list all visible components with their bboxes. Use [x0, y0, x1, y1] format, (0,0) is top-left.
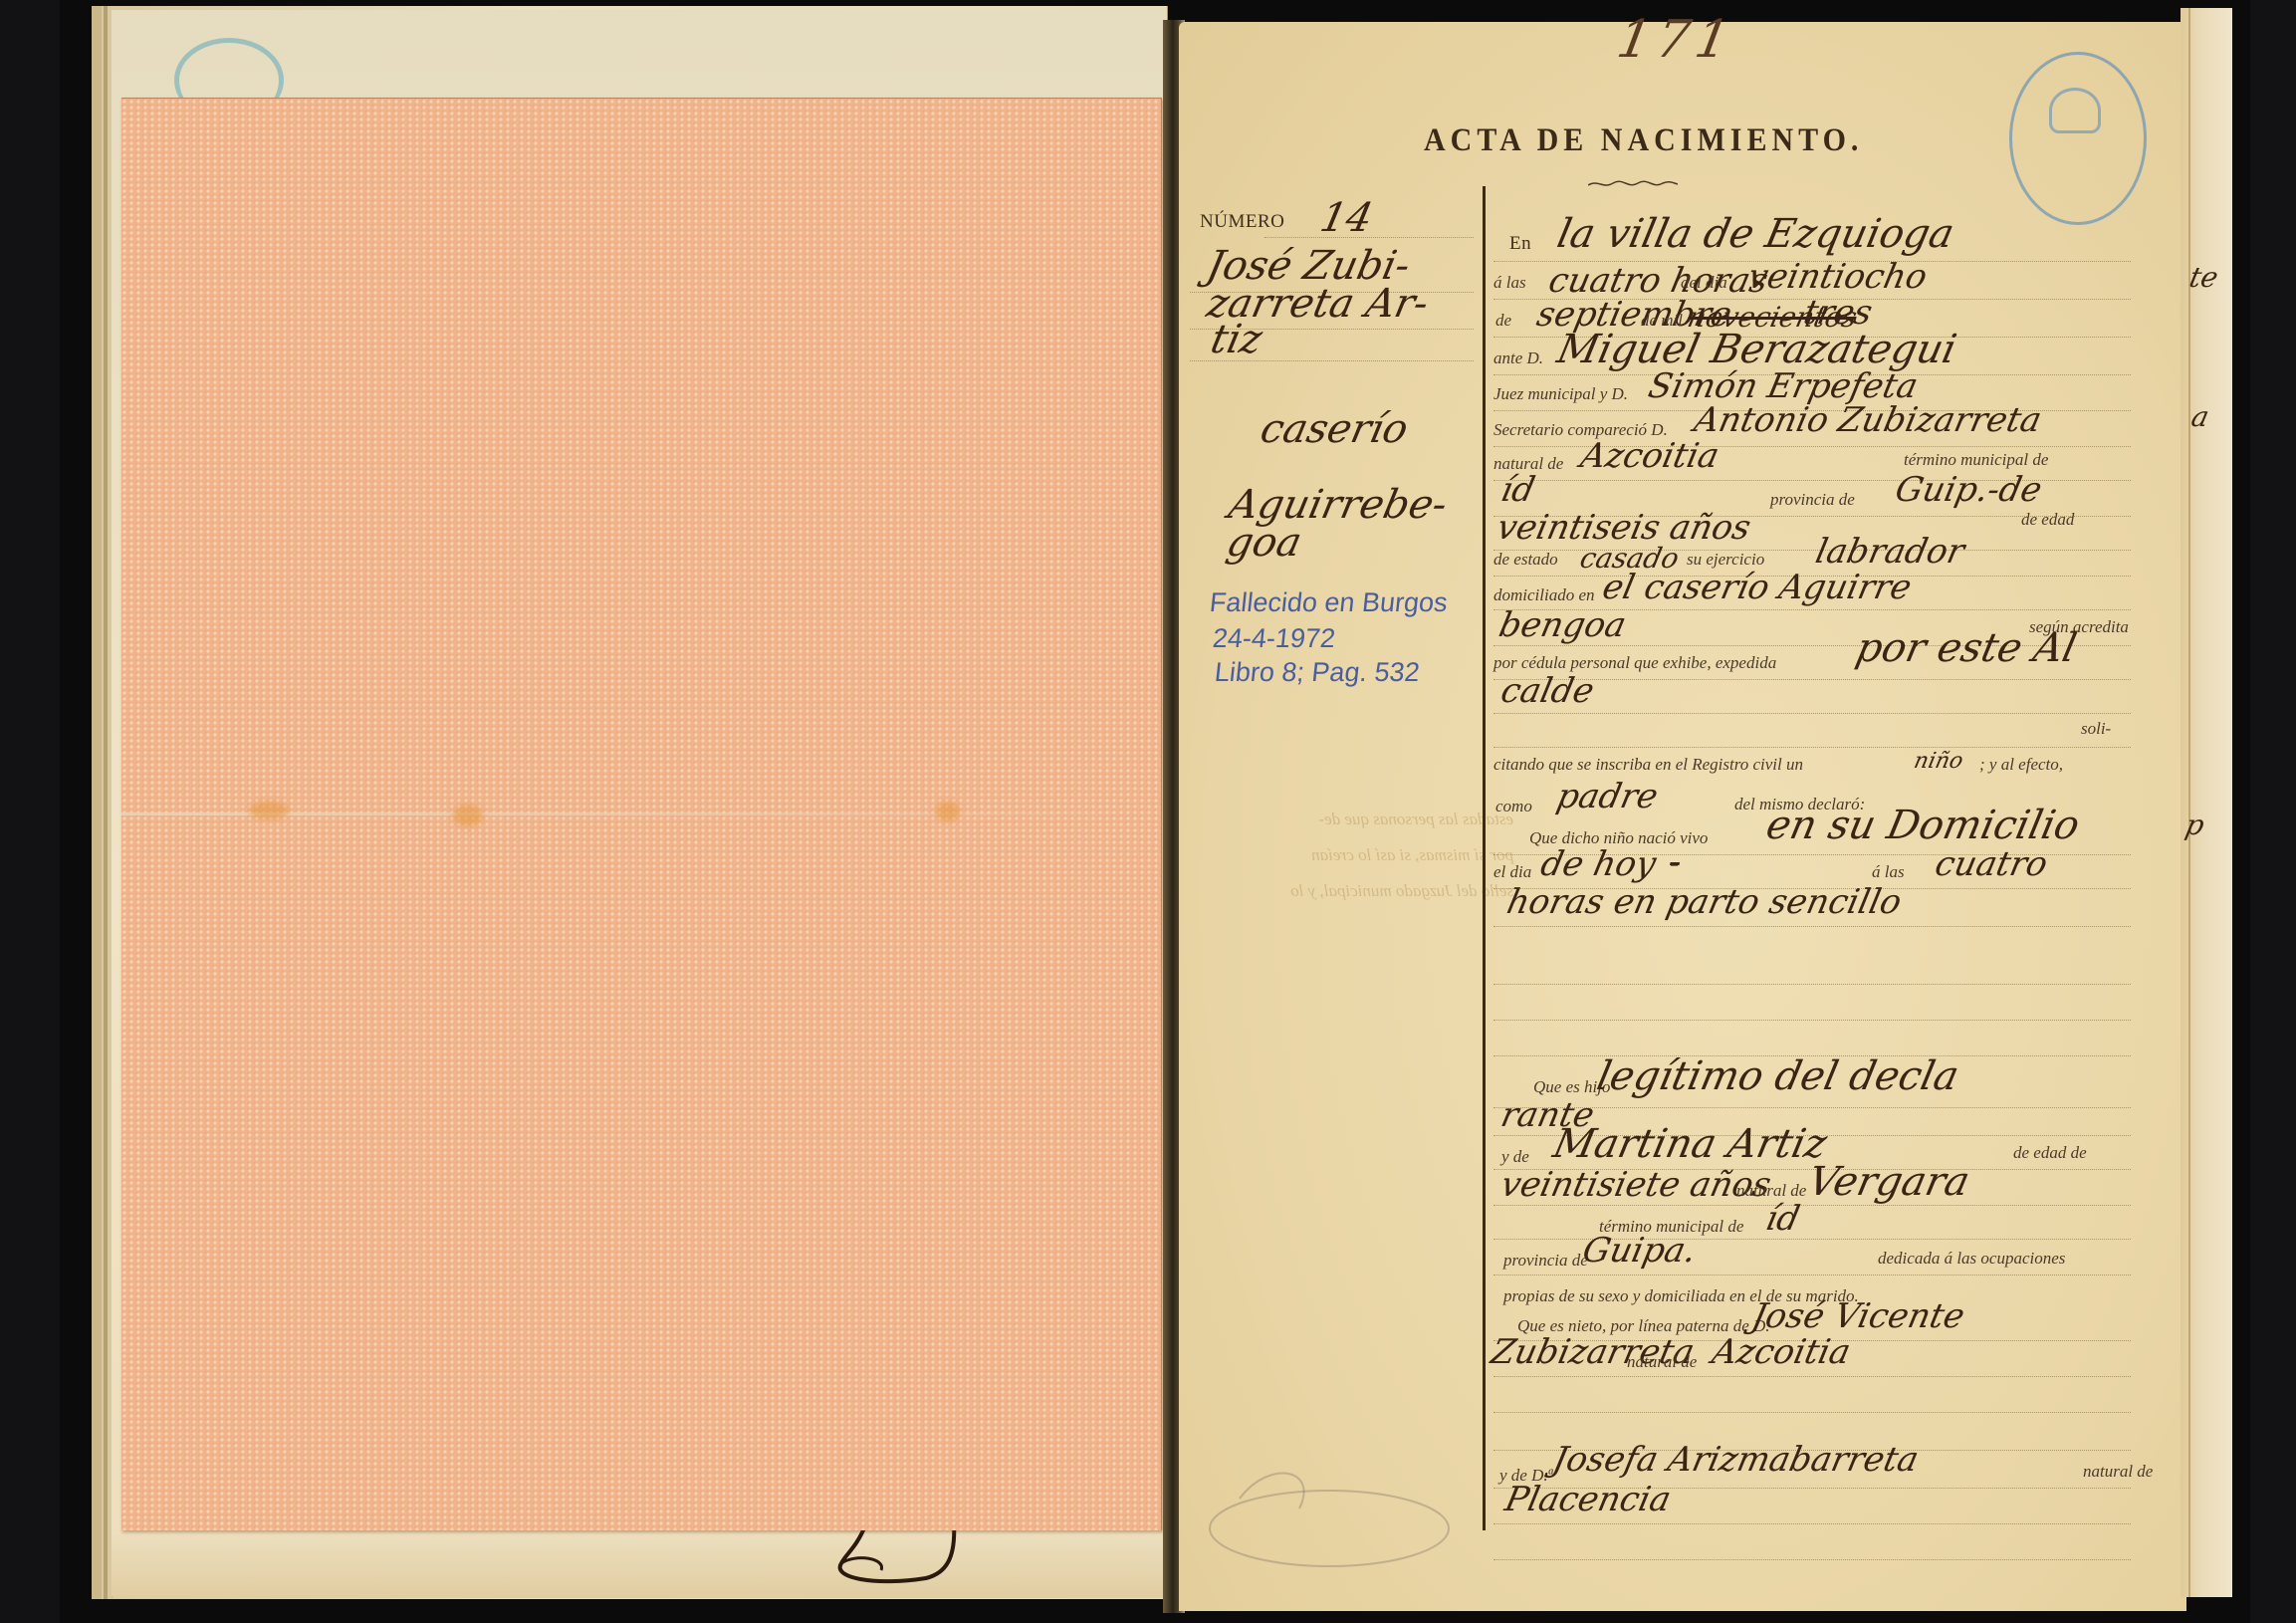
insert-stain	[453, 805, 483, 826]
handwritten-entry: Martina Artiz	[1549, 1121, 1831, 1167]
pencil-note-line: Fallecido en Burgos	[1208, 587, 1449, 618]
folio-number: 171	[1613, 10, 1740, 70]
handwritten-entry: por este Al	[1852, 625, 2081, 671]
printed-text: Juez municipal y D.	[1493, 384, 1628, 404]
crown-emblem-icon	[2049, 88, 2101, 133]
printed-text: á las	[1493, 273, 1526, 293]
printed-text: provincia de	[1503, 1251, 1588, 1271]
handwritten-entry: la villa de Ezquioga	[1553, 211, 1958, 257]
printed-text: provincia de	[1770, 490, 1855, 510]
left-page-stain	[112, 1533, 1167, 1598]
document-title: ACTA DE NACIMIENTO.	[1424, 121, 1863, 158]
printed-text: En	[1509, 233, 1531, 255]
handwritten-entry: Azcoitia	[1709, 1332, 1854, 1372]
dotted-rule	[1264, 237, 1474, 238]
printed-text: dedicada á las ocupaciones	[1878, 1249, 2065, 1269]
dotted-rule	[1493, 984, 2131, 985]
printed-text: y de	[1501, 1147, 1529, 1167]
handwritten-entry: bengoa	[1495, 605, 1630, 645]
printed-text: de	[1495, 311, 1511, 331]
title-ornament-icon	[1588, 177, 1678, 191]
printed-text: natural de	[1736, 1181, 1806, 1201]
handwritten-entry: horas en parto sencillo	[1503, 882, 1905, 922]
bleed-through-text: estadas las personas que de- por sí mism…	[1215, 802, 1513, 909]
printed-text: como	[1495, 797, 1532, 816]
faded-flourish-icon	[1200, 1449, 1459, 1578]
printed-text: natural de	[2083, 1462, 2153, 1482]
court-stamp-icon	[2009, 52, 2147, 225]
left-page-edge-line	[104, 6, 108, 1599]
printed-text: de edad de	[2013, 1143, 2087, 1163]
printed-text: domiciliado en	[1493, 585, 1595, 605]
printed-text: soli-	[2081, 719, 2111, 739]
dotted-rule	[1493, 1376, 2131, 1377]
handwritten-entry: José Vicente	[1748, 1296, 1968, 1336]
right-page-edge-line	[2188, 8, 2190, 1597]
printed-text: ; y al efecto,	[1979, 755, 2063, 775]
handwritten-entry: Placencia	[1501, 1480, 1675, 1519]
handwritten-entry: calde	[1497, 671, 1598, 711]
handwritten-entry: Guipa.	[1579, 1231, 1700, 1271]
handwritten-entry: labrador	[1812, 532, 1967, 572]
printed-text: de estado	[1493, 550, 1558, 570]
margin-place-line: caserío	[1257, 406, 1412, 452]
dotted-rule	[1493, 1020, 2131, 1021]
handwritten-entry: Antonio Zubizarreta	[1691, 400, 2045, 440]
margin-name-line: tiz	[1207, 317, 1266, 362]
handwritten-entry: Guip.-de	[1892, 470, 2045, 510]
pencil-note-line: 24-4-1972	[1211, 623, 1336, 654]
printed-text: de edad	[2021, 510, 2074, 530]
handwritten-entry: Azcoitia	[1577, 436, 1722, 476]
left-page-edge	[92, 6, 102, 1599]
printed-text: citando que se inscriba en el Registro c…	[1493, 755, 1803, 775]
column-divider	[1483, 186, 1486, 1530]
numero-value: 14	[1316, 195, 1377, 241]
handwritten-entry: legítimo del decla	[1593, 1053, 1962, 1099]
insert-stain	[249, 802, 289, 819]
dotted-rule	[1493, 1205, 2131, 1206]
dotted-rule	[1493, 926, 2131, 927]
printed-text: el dia	[1493, 862, 1531, 882]
printed-text: su ejercicio	[1687, 550, 1764, 570]
numero-label: NÚMERO	[1200, 211, 1284, 233]
dotted-rule	[1493, 1523, 2131, 1524]
handwritten-entry: padre	[1553, 777, 1662, 816]
handwritten-entry: de hoy	[1537, 844, 1660, 884]
handwritten-entry: veintiocho	[1744, 257, 1931, 297]
printed-text: á las	[1872, 862, 1905, 882]
handwritten-entry: en su Domicilio	[1762, 803, 2084, 848]
margin-place-line: goa	[1223, 520, 1305, 566]
handwritten-entry: Josefa Arizmabarreta	[1549, 1440, 1923, 1480]
printed-text: término municipal de	[1904, 450, 2048, 470]
handwritten-entry: el caserío Aguirre	[1599, 568, 1915, 607]
dotted-rule	[1493, 713, 2131, 714]
printed-text: natural de	[1627, 1352, 1697, 1372]
printed-text: por cédula personal que exhibe, expedida	[1493, 653, 1776, 673]
dotted-rule	[1493, 1559, 2131, 1560]
insert-stain	[936, 802, 960, 821]
handwritten-entry: cuatro	[1932, 844, 2051, 884]
dotted-rule	[1493, 1412, 2131, 1413]
dotted-rule	[1493, 1275, 2131, 1275]
printed-text: ante D.	[1493, 348, 1543, 368]
handwritten-entry: veintisiete años	[1497, 1165, 1774, 1205]
handwritten-entry: Vergara	[1804, 1159, 1973, 1205]
printed-text: del dia	[1681, 273, 1727, 293]
pencil-note-line: Libro 8; Pag. 532	[1213, 657, 1421, 688]
handwritten-entry: niño	[1912, 749, 1965, 774]
dotted-rule	[1190, 360, 1474, 361]
dotted-rule	[1493, 747, 2131, 748]
